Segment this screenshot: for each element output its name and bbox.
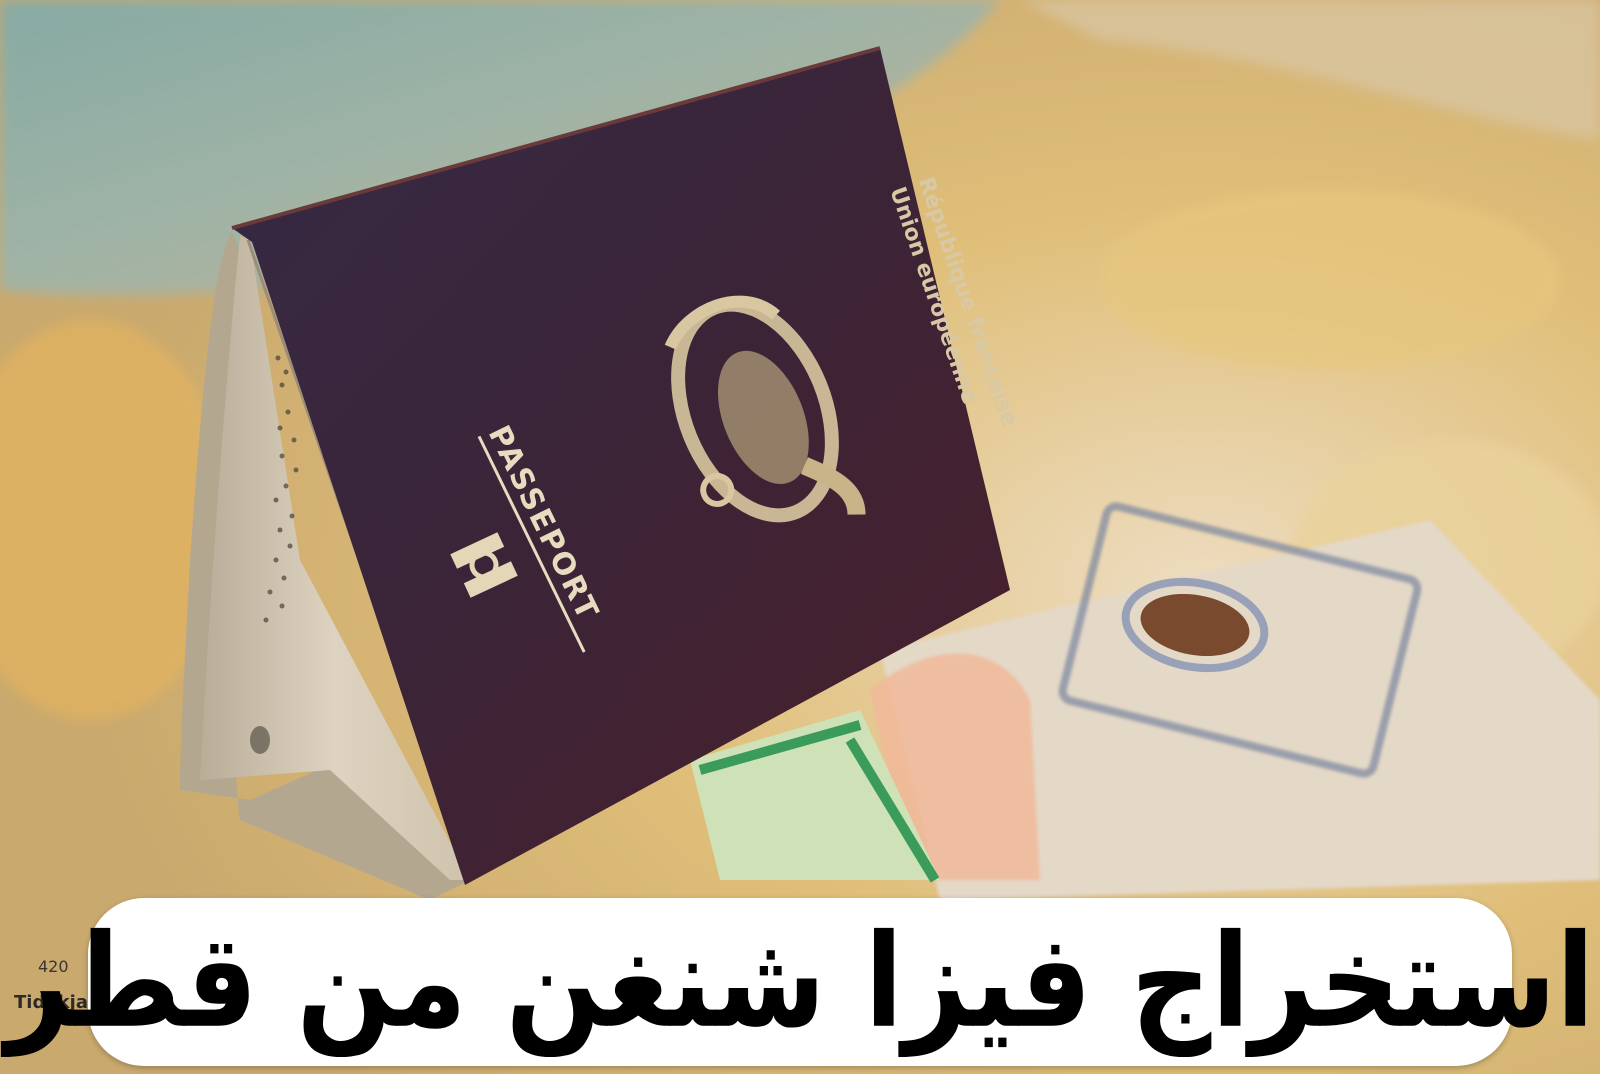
- headline-text: استخراج فيزا شنغن من قطر: [6, 918, 1595, 1047]
- headline-banner: استخراج فيزا شنغن من قطر: [88, 898, 1512, 1066]
